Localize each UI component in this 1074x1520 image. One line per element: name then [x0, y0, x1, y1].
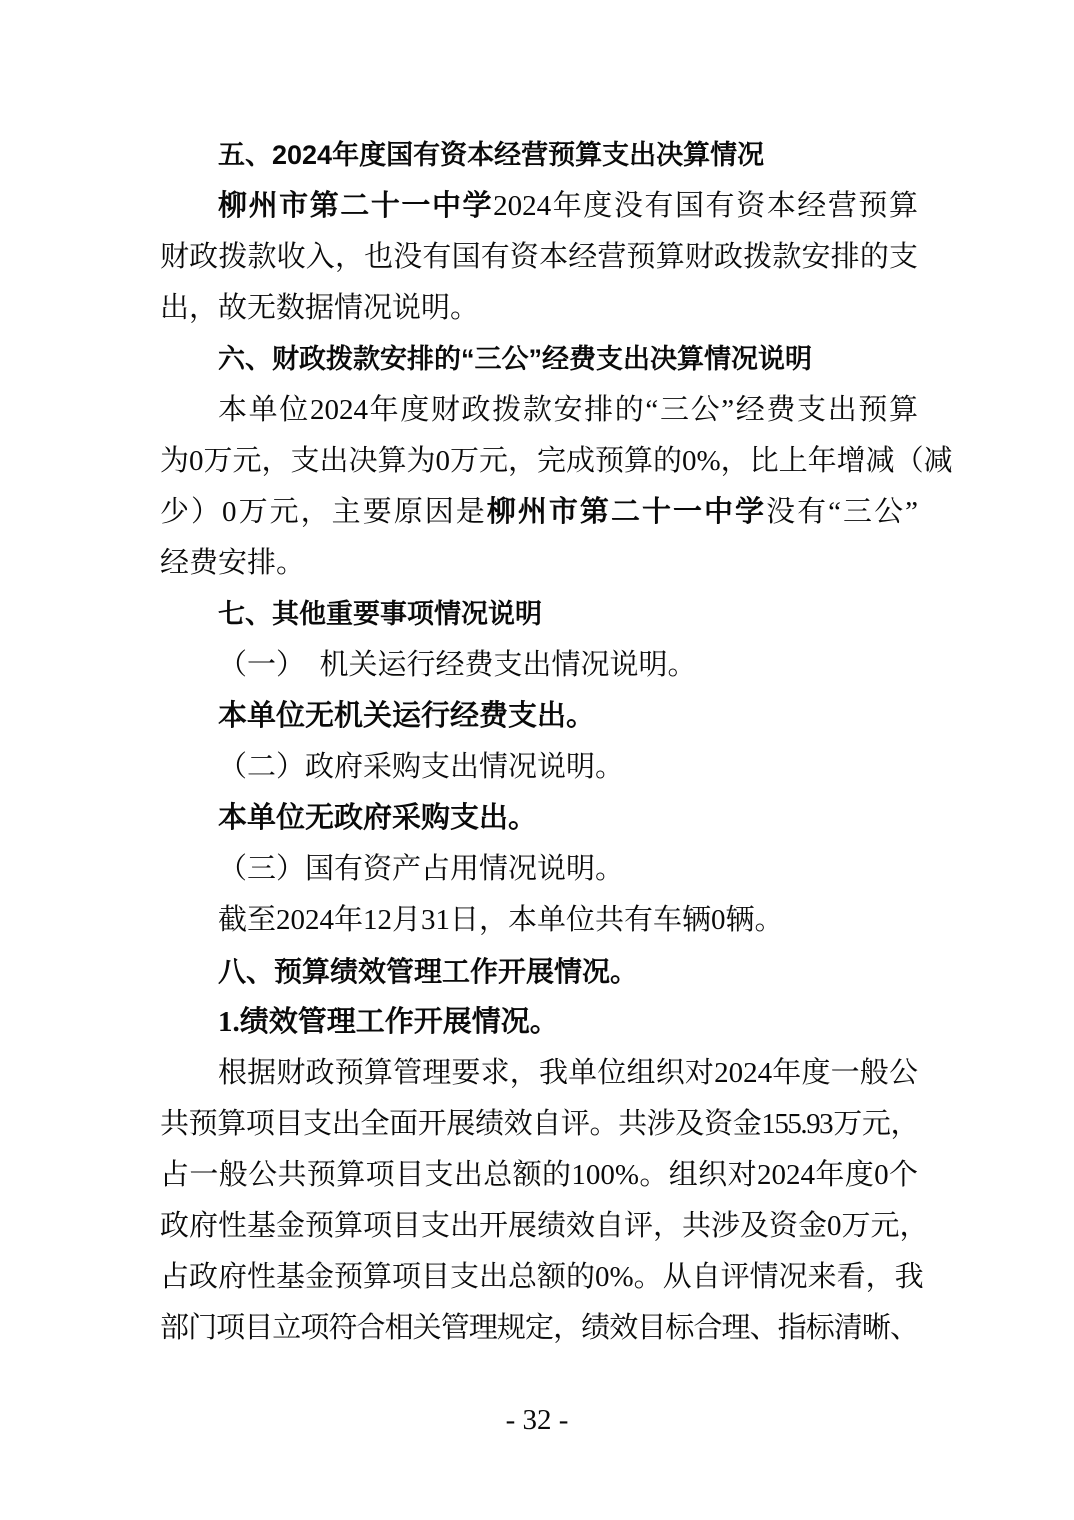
- text-line: 出，故无数据情况说明。: [160, 283, 918, 334]
- text-line: 部门项目立项符合相关管理规定，绩效目标合理、指标清晰、: [160, 1303, 918, 1354]
- text-line-bold: 本单位无机关运行经费支出。: [160, 691, 918, 742]
- text-line: 经费安排。: [160, 538, 918, 589]
- page-number: - 32 -: [506, 1404, 569, 1436]
- section-heading: 六、财政拨款安排的“三公”经费支出决算情况说明: [160, 334, 918, 385]
- document-page: 五、2024年度国有资本经营预算支出决算情况 柳州市第二十一中学2024年度没有…: [0, 0, 1074, 1520]
- text-line: 占一般公共预算项目支出总额的100%。组织对2024年度0个: [160, 1150, 918, 1201]
- text-line: 占政府性基金预算项目支出总额的0%。从自评情况来看，我: [160, 1252, 918, 1303]
- text-line: 截至2024年12月31日，本单位共有车辆0辆。: [160, 895, 918, 946]
- page-footer: - 32 -: [0, 1400, 1074, 1440]
- section-performance-management: 八、预算绩效管理工作开展情况。 1.绩效管理工作开展情况。 根据财政预算管理要求…: [160, 946, 918, 1354]
- school-name-bold: 柳州市第二十一中学: [218, 190, 493, 222]
- text-line: 柳州市第二十一中学2024年度没有国有资本经营预算: [160, 181, 918, 232]
- text-line: 政府性基金预算项目支出开展绩效自评，共涉及资金0万元，: [160, 1201, 918, 1252]
- line-text: 没有“三公”: [766, 496, 918, 528]
- text-line: （一） 机关运行经费支出情况说明。: [160, 640, 918, 691]
- text-line-bold: 本单位无政府采购支出。: [160, 793, 918, 844]
- text-line: 为0万元，支出决算为0万元，完成预算的0%，比上年增减（减: [160, 436, 918, 487]
- text-line: 少）0万元，主要原因是柳州市第二十一中学没有“三公”: [160, 487, 918, 538]
- text-line: （二）政府采购支出情况说明。: [160, 742, 918, 793]
- text-line: （三）国有资产占用情况说明。: [160, 844, 918, 895]
- text-line: 本单位2024年度财政拨款安排的“三公”经费支出预算: [160, 385, 918, 436]
- document-content: 五、2024年度国有资本经营预算支出决算情况 柳州市第二十一中学2024年度没有…: [160, 130, 918, 1354]
- school-name-bold: 柳州市第二十一中学: [487, 496, 766, 528]
- section-state-capital-budget: 五、2024年度国有资本经营预算支出决算情况 柳州市第二十一中学2024年度没有…: [160, 130, 918, 334]
- section-three-public-funds: 六、财政拨款安排的“三公”经费支出决算情况说明 本单位2024年度财政拨款安排的…: [160, 334, 918, 589]
- line-text: 2024年度没有国有资本经营预算: [493, 190, 918, 222]
- section-heading: 七、其他重要事项情况说明: [160, 589, 918, 640]
- section-heading: 五、2024年度国有资本经营预算支出决算情况: [160, 130, 918, 181]
- subsection-heading-bold: 1.绩效管理工作开展情况。: [160, 997, 918, 1048]
- section-heading: 八、预算绩效管理工作开展情况。: [160, 946, 918, 997]
- text-line: 共预算项目支出全面开展绩效自评。共涉及资金155.93万元，: [160, 1099, 918, 1150]
- line-text: 少）0万元，主要原因是: [160, 496, 487, 528]
- text-line: 根据财政预算管理要求，我单位组织对2024年度一般公: [160, 1048, 918, 1099]
- text-line: 财政拨款收入，也没有国有资本经营预算财政拨款安排的支: [160, 232, 918, 283]
- section-other-important-items: 七、其他重要事项情况说明 （一） 机关运行经费支出情况说明。 本单位无机关运行经…: [160, 589, 918, 946]
